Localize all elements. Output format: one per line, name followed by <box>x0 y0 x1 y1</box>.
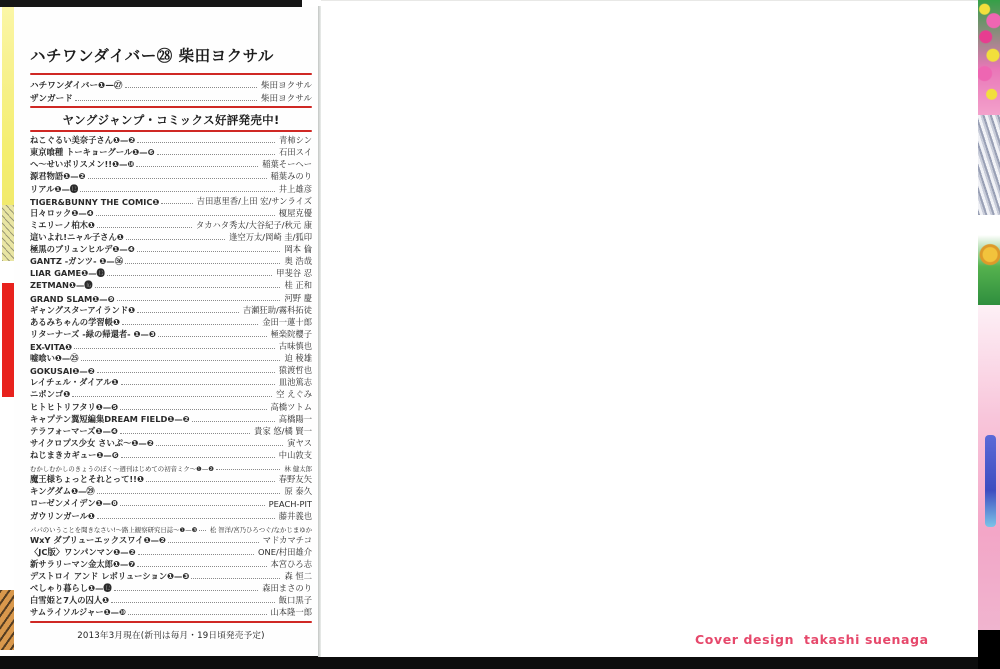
dotted-leader <box>95 287 281 288</box>
series-title: ヒトヒトリフタリ❶—❺ <box>30 401 118 413</box>
series-title: むかしむかしのきょうのぼく〜週刊はじめての初音ミク〜❶—❷ <box>30 464 214 473</box>
series-title: 這いよれ!ニャル子さん❶ <box>30 231 124 243</box>
catalog-row: パパのいうことを聞きなさい!〜路上観察研究日誌〜❶—❸ 松 智洋/宮乃ひろつぐ/… <box>30 522 312 534</box>
scan-top-bar <box>0 0 302 7</box>
dotted-leader <box>138 554 254 555</box>
right-page: Cover design takashi suenaga <box>321 0 978 657</box>
catalog-row: GANTZ -ガンツ- ❶—㊱ 奥 浩哉 <box>30 255 312 267</box>
dotted-leader <box>121 457 275 458</box>
series-title: ザンガード <box>30 92 73 104</box>
series-author: 皿池篤志 <box>279 376 312 388</box>
catalog-row: テラフォーマーズ❶—❹ 貴家 悠/橘 賢一 <box>30 425 312 437</box>
catalog-row: 源君物語❶—❷ 稲葉みのり <box>30 170 312 182</box>
series-author: 青柿シン <box>279 134 312 146</box>
series-title: サムライソルジャー❶—❿ <box>30 606 126 618</box>
series-author: 井上雄彦 <box>279 183 312 195</box>
catalog-row: キャプテン翼短編集DREAM FIELD❶—❷ 高橋陽一 <box>30 413 312 425</box>
red-rule <box>30 73 312 75</box>
series-title: テラフォーマーズ❶—❹ <box>30 425 118 437</box>
dotted-leader <box>120 505 265 506</box>
red-rule <box>30 130 312 132</box>
series-title: リターナーズ -緑の帰還者- ❶—❸ <box>30 328 156 340</box>
right-edge-art-strip <box>978 0 1000 669</box>
catalog-row: 日々ロック❶—❹ 榎屋克優 <box>30 207 312 219</box>
series-title: ガウリンガール❶ <box>30 510 95 522</box>
series-author: 吉瀬狂助/霧科拓徒 <box>243 304 312 316</box>
yellow-rose-art <box>978 235 1000 305</box>
dotted-leader <box>128 614 267 615</box>
catalog-row: へ〜せいポリスメン!!❶—❿ 稲葉そーへー <box>30 158 312 170</box>
series-author: 森田まさのり <box>262 582 312 594</box>
series-title: 嘘喰い❶—㉕ <box>30 352 79 364</box>
dotted-leader <box>199 530 205 531</box>
series-title: GRAND SLAM❶—❾ <box>30 294 115 304</box>
catalog-row: 魔王様ちょっとそれとって!!❶ 春野友矢 <box>30 473 312 485</box>
dotted-leader <box>121 384 275 385</box>
series-title: リアル❶—⓬ <box>30 183 78 195</box>
dotted-leader <box>117 300 281 301</box>
series-title: べしゃり暮らし❶—⓬ <box>30 582 112 594</box>
series-author: 春野友矢 <box>279 473 312 485</box>
pink-gradient-art <box>978 305 1000 630</box>
dotted-leader <box>156 445 284 446</box>
dotted-leader <box>125 263 280 264</box>
series-title: ハチワンダイバー❶—㉗ <box>30 79 123 91</box>
series-title: GOKUSAI❶—❷ <box>30 366 95 376</box>
dotted-leader <box>146 481 275 482</box>
series-author: 空 えぐみ <box>276 388 312 400</box>
series-title: LIAR GAME❶—⓭ <box>30 267 105 279</box>
series-title: ギャングスターアイランド❶ <box>30 304 135 316</box>
catalog-row: 白雪姫と7人の囚人❶ 飯口黒子 <box>30 594 312 606</box>
series-author: 森 恒二 <box>284 570 312 582</box>
catalog-row: あるみちゃんの学習帳❶ 金田一蓮十郎 <box>30 316 312 328</box>
series-author: 柴田ヨクサル <box>261 92 312 104</box>
blue-figure-art <box>985 435 996 527</box>
catalog-row: EX-VITA❶ 古味慎也 <box>30 340 312 352</box>
series-author: 逢空万太/岡崎 圭/狐印 <box>229 231 312 243</box>
series-author: 吉田恵里香/上田 宏/サンライズ <box>197 195 312 207</box>
dotted-leader <box>191 578 280 579</box>
series-title: デストロイ アンド レボリューション❶—❸ <box>30 570 189 582</box>
red-rule <box>30 621 312 623</box>
series-title: キャプテン翼短編集DREAM FIELD❶—❷ <box>30 413 190 425</box>
series-author: 山本隆一郎 <box>271 606 313 618</box>
dotted-leader <box>81 360 281 361</box>
catalog-row: 嘘喰い❶—㉕ 迫 稜雄 <box>30 352 312 364</box>
dotted-leader <box>120 409 266 410</box>
series-author: 稲葉みのり <box>271 170 313 182</box>
series-author: 猿渡哲也 <box>279 364 312 376</box>
series-title: あるみちゃんの学習帳❶ <box>30 316 120 328</box>
dotted-leader <box>137 251 281 252</box>
series-title: EX-VITA❶ <box>30 342 72 352</box>
series-title: 〈JC版〉ワンパンマン❶—❷ <box>30 546 136 558</box>
catalog-row: レイチェル・ダイアル❶ 皿池篤志 <box>30 376 312 388</box>
catalog-row: LIAR GAME❶—⓭ 甲斐谷 忍 <box>30 267 312 279</box>
series-author: マドカマチコ <box>263 534 312 546</box>
right-strip-black-area <box>978 630 1000 669</box>
catalog-row: むかしむかしのきょうのぼく〜週刊はじめての初音ミク〜❶—❷ 林 健太郎 <box>30 461 312 473</box>
catalog-row: ミエリーノ柏木❶ タカハタ秀太/大谷紀子/秋元 康 <box>30 219 312 231</box>
dotted-leader <box>216 469 280 470</box>
catalog-row: リターナーズ -緑の帰還者- ❶—❸ 極楽院櫻子 <box>30 328 312 340</box>
catalog-row: ガウリンガール❶ 藤井義也 <box>30 509 312 521</box>
dotted-leader <box>122 324 258 325</box>
scan-bottom-bar <box>0 656 1000 669</box>
series-author: 寅ヤス <box>287 437 312 449</box>
catalog-row: ねこぐるい美奈子さん❶—❷ 青柿シン <box>30 134 312 146</box>
series-author: 本宮ひろ志 <box>271 558 313 570</box>
catalog-row: ローゼンメイデン❶—❽ PEACH-PIT <box>30 497 312 509</box>
series-title: キングダム❶—㉙ <box>30 485 95 497</box>
series-author: 林 健太郎 <box>284 464 312 473</box>
series-row: ザンガード 柴田ヨクサル <box>30 91 312 104</box>
series-author: 桂 正和 <box>284 279 312 291</box>
catalog-row: サイクロプス少女 さいぷ〜❶—❷ 寅ヤス <box>30 437 312 449</box>
dotted-leader <box>97 518 275 519</box>
dotted-leader <box>74 348 275 349</box>
series-author: 河野 慶 <box>284 292 312 304</box>
catalog-row: リアル❶—⓬ 井上雄彦 <box>30 182 312 194</box>
dotted-leader <box>72 396 272 397</box>
dotted-leader <box>168 542 259 543</box>
sales-banner: ヤングジャンプ・コミックス好評発売中! <box>30 112 312 128</box>
series-author: 高橋陽一 <box>279 413 312 425</box>
series-row: ハチワンダイバー❶—㉗ 柴田ヨクサル <box>30 78 312 91</box>
series-author: 古味慎也 <box>279 340 312 352</box>
catalog-row: 這いよれ!ニャル子さん❶ 逢空万太/岡崎 圭/狐印 <box>30 231 312 243</box>
dotted-leader <box>97 493 281 494</box>
series-author: 榎屋克優 <box>279 207 312 219</box>
dotted-leader <box>137 142 275 143</box>
dotted-leader <box>157 154 275 155</box>
series-title: 新サラリーマン金太郎❶—❼ <box>30 558 135 570</box>
series-author: 貴家 悠/橘 賢一 <box>254 425 312 437</box>
catalog-row: TIGER&BUNNY THE COMIC❶ 吉田恵里香/上田 宏/サンライズ <box>30 195 312 207</box>
series-title: ZETMAN❶—⓰ <box>30 279 93 291</box>
print-date-note: 2013年3月現在(新刊は毎月・19日頃発売予定) <box>30 629 312 641</box>
series-author: 松 智洋/宮乃ひろつぐ/なかじまゆか <box>210 525 312 534</box>
catalog-row: キングダム❶—㉙ 原 泰久 <box>30 485 312 497</box>
series-author: ONE/村田雄介 <box>258 546 312 558</box>
roses-art <box>978 0 1000 115</box>
catalog-row: GRAND SLAM❶—❾ 河野 慶 <box>30 291 312 303</box>
series-author: タカハタ秀太/大谷紀子/秋元 康 <box>196 219 312 231</box>
left-edge-art-strip <box>2 7 14 657</box>
catalog-row: ZETMAN❶—⓰ 桂 正和 <box>30 279 312 291</box>
dotted-leader <box>136 166 258 167</box>
dotted-leader <box>161 203 192 204</box>
dotted-leader <box>137 312 239 313</box>
series-author: 原 泰久 <box>284 485 312 497</box>
catalog-row: 〈JC版〉ワンパンマン❶—❷ ONE/村田雄介 <box>30 546 312 558</box>
series-title: パパのいうことを聞きなさい!〜路上観察研究日誌〜❶—❸ <box>30 525 197 534</box>
series-title: 白雪姫と7人の囚人❶ <box>30 594 109 606</box>
catalog-row: ニポンゴ❶ 空 えぐみ <box>30 388 312 400</box>
catalog-row: GOKUSAI❶—❷ 猿渡哲也 <box>30 364 312 376</box>
dotted-leader <box>158 336 267 337</box>
dotted-leader <box>97 227 192 228</box>
series-author: PEACH-PIT <box>269 499 312 509</box>
series-title: WxY ダブリューエックスワイ❶—❷ <box>30 534 166 546</box>
series-title: 東京喰種 トーキョーグール❶—❻ <box>30 146 155 158</box>
catalog-row: ギャングスターアイランド❶ 吉瀬狂助/霧科拓徒 <box>30 304 312 316</box>
series-author: 飯口黒子 <box>279 594 312 606</box>
catalog-row: 新サラリーマン金太郎❶—❼ 本宮ひろ志 <box>30 558 312 570</box>
series-title: レイチェル・ダイアル❶ <box>30 376 119 388</box>
series-title: 源君物語❶—❷ <box>30 170 86 182</box>
left-page: ハチワンダイバー㉘ 柴田ヨクサル ハチワンダイバー❶—㉗ 柴田ヨクサル ザンガー… <box>14 7 318 656</box>
series-author: 奥 浩哉 <box>284 255 312 267</box>
series-author: 迫 稜雄 <box>284 352 312 364</box>
dotted-leader <box>125 87 257 88</box>
red-rule <box>30 106 312 108</box>
left-strip-yellow-area <box>2 7 14 205</box>
cover-design-credit: Cover design takashi suenaga <box>695 632 929 647</box>
dotted-leader <box>97 372 275 373</box>
catalog-row: ねじまきカギュー❶—❻ 中山敦支 <box>30 449 312 461</box>
series-author: 藤井義也 <box>279 510 312 522</box>
series-title: 極黒のブリュンヒルデ❶—❹ <box>30 243 135 255</box>
series-author: 極楽院櫻子 <box>271 328 313 340</box>
dotted-leader <box>75 100 257 101</box>
dotted-leader <box>96 215 275 216</box>
series-author: 石田スイ <box>279 146 312 158</box>
catalog-row: 東京喰種 トーキョーグール❶—❻ 石田スイ <box>30 146 312 158</box>
series-author: 岡本 倫 <box>284 243 312 255</box>
catalog-row: WxY ダブリューエックスワイ❶—❷ マドカマチコ <box>30 534 312 546</box>
series-title: ローゼンメイデン❶—❽ <box>30 497 118 509</box>
series-title: ねじまきカギュー❶—❻ <box>30 449 119 461</box>
dotted-leader <box>137 566 266 567</box>
series-title: ニポンゴ❶ <box>30 388 70 400</box>
dotted-leader <box>114 590 259 591</box>
catalog-page-content: ハチワンダイバー㉘ 柴田ヨクサル ハチワンダイバー❶—㉗ 柴田ヨクサル ザンガー… <box>30 7 312 641</box>
series-author: 甲斐谷 忍 <box>276 267 312 279</box>
left-strip-sketch-art <box>2 205 14 261</box>
series-author: 金田一蓮十郎 <box>262 316 312 328</box>
catalog-row: デストロイ アンド レボリューション❶—❸ 森 恒二 <box>30 570 312 582</box>
series-title: GANTZ -ガンツ- ❶—㊱ <box>30 255 123 267</box>
series-title: TIGER&BUNNY THE COMIC❶ <box>30 197 159 207</box>
series-title: ねこぐるい美奈子さん❶—❷ <box>30 134 135 146</box>
series-author: 中山敦支 <box>279 449 312 461</box>
series-author: 稲葉そーへー <box>262 158 312 170</box>
series-title: 日々ロック❶—❹ <box>30 207 94 219</box>
catalog-row: べしゃり暮らし❶—⓬ 森田まさのり <box>30 582 312 594</box>
dotted-leader <box>192 421 275 422</box>
dotted-leader <box>80 191 275 192</box>
series-title: ミエリーノ柏木❶ <box>30 219 95 231</box>
catalog-list: ねこぐるい美奈子さん❶—❷ 青柿シン 東京喰種 トーキョーグール❶—❻ 石田スイ… <box>30 134 312 618</box>
dotted-leader <box>111 602 275 603</box>
dotted-leader <box>126 239 225 240</box>
left-strip-red-block <box>2 283 14 397</box>
dotted-leader <box>120 433 250 434</box>
dotted-leader <box>88 178 267 179</box>
series-author: 柴田ヨクサル <box>261 79 312 91</box>
series-title: サイクロプス少女 さいぷ〜❶—❷ <box>30 437 154 449</box>
catalog-row: サムライソルジャー❶—❿ 山本隆一郎 <box>30 606 312 618</box>
catalog-row: 極黒のブリュンヒルデ❶—❹ 岡本 倫 <box>30 243 312 255</box>
series-title: へ〜せいポリスメン!!❶—❿ <box>30 158 134 170</box>
series-author: 高橋ツトム <box>271 401 313 413</box>
white-gap <box>978 215 1000 235</box>
author-series-list: ハチワンダイバー❶—㉗ 柴田ヨクサル ザンガード 柴田ヨクサル <box>30 78 312 104</box>
catalog-row: ヒトヒトリフタリ❶—❺ 高橋ツトム <box>30 400 312 412</box>
hair-strokes-art <box>978 115 1000 215</box>
series-title: 魔王様ちょっとそれとって!!❶ <box>30 473 144 485</box>
book-title: ハチワンダイバー㉘ 柴田ヨクサル <box>30 44 312 66</box>
dotted-leader <box>107 275 272 276</box>
